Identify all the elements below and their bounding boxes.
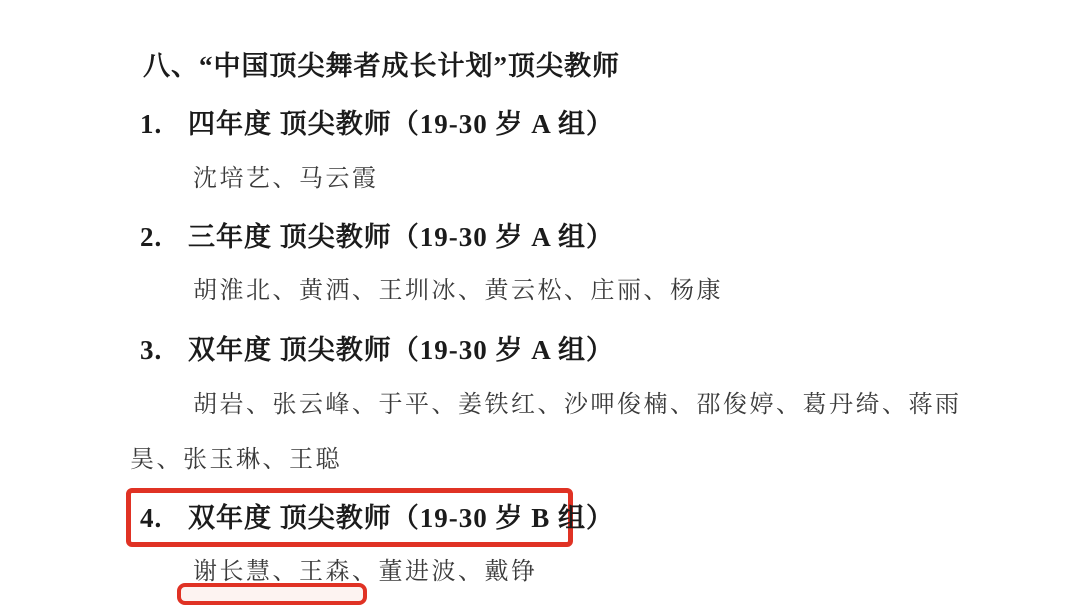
section-3-names-line-1: 胡岩、张云峰、于平、姜铁红、沙呷俊楠、邵俊婷、葛丹绮、蒋雨 <box>193 384 962 419</box>
section-3-number: 3. <box>140 335 188 366</box>
section-3-title-text: 双年度 顶尖教师（19-30 岁 A 组） <box>188 335 614 365</box>
document-page: 八、“中国顶尖舞者成长计划”顶尖教师 1.四年度 顶尖教师（19-30 岁 A … <box>0 0 1080 609</box>
section-2-number: 2. <box>140 222 188 253</box>
section-3-names-line-2: 昊、张玉琳、王聪 <box>130 439 342 474</box>
document-heading: 八、“中国顶尖舞者成长计划”顶尖教师 <box>143 44 620 83</box>
section-2-title-text: 三年度 顶尖教师（19-30 岁 A 组） <box>188 222 614 252</box>
section-4-title: 4.双年度 顶尖教师（19-30 岁 B 组） <box>140 496 614 535</box>
section-1-number: 1. <box>140 109 188 140</box>
section-1-title: 1.四年度 顶尖教师（19-30 岁 A 组） <box>140 102 614 141</box>
section-4-names: 谢长慧、王森、董进波、戴铮 <box>193 551 538 586</box>
section-2-names: 胡淮北、黄洒、王圳冰、黄云松、庄丽、杨康 <box>193 270 723 305</box>
section-4-title-text: 双年度 顶尖教师（19-30 岁 B 组） <box>188 503 614 533</box>
section-3-title: 3.双年度 顶尖教师（19-30 岁 A 组） <box>140 328 614 367</box>
section-1-names: 沈培艺、马云霞 <box>193 158 379 193</box>
red-underline-annotation <box>177 583 367 605</box>
section-2-title: 2.三年度 顶尖教师（19-30 岁 A 组） <box>140 215 614 254</box>
section-1-title-text: 四年度 顶尖教师（19-30 岁 A 组） <box>188 109 614 139</box>
section-4-number: 4. <box>140 503 188 534</box>
